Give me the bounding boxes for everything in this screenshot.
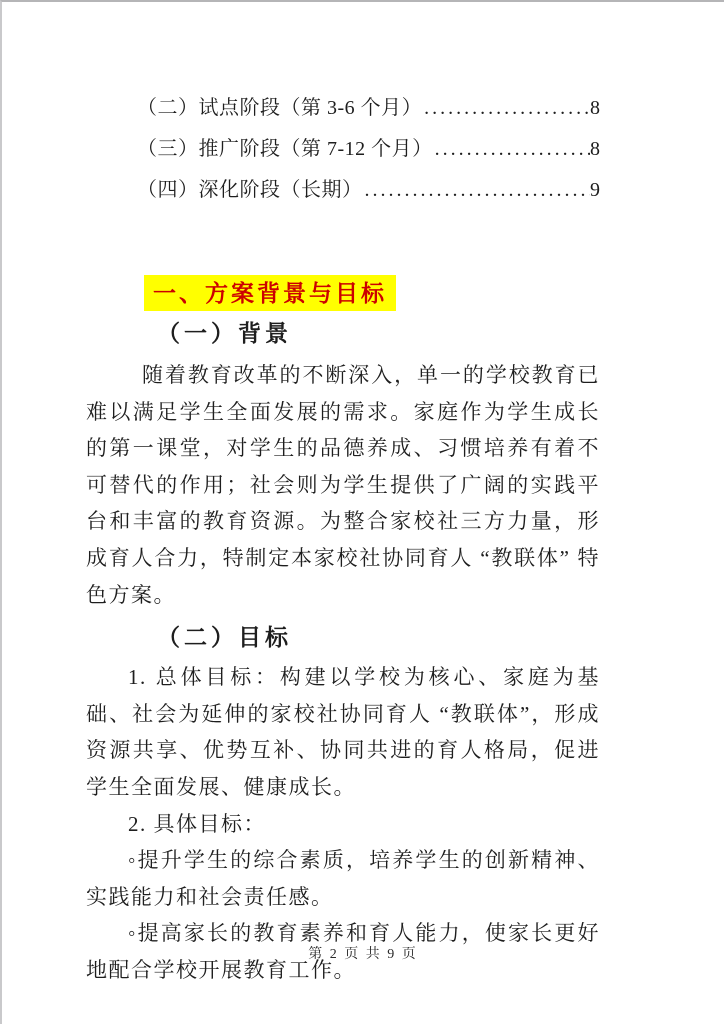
toc-page-number: 8 <box>590 88 600 129</box>
toc-entry-label: （二）试点阶段（第 3-6 个月） <box>137 88 422 129</box>
section-1-heading-row: 一、方案背景与目标 <box>144 275 600 311</box>
toc-page-number: 9 <box>590 170 600 211</box>
subsection-goals-heading: （二）目标 <box>157 623 600 653</box>
table-of-contents: （二）试点阶段（第 3-6 个月） ......................… <box>137 88 600 211</box>
document-content: （二）试点阶段（第 3-6 个月） ......................… <box>86 2 600 989</box>
toc-dot-leader: ........................................… <box>433 129 590 170</box>
toc-dot-leader: ........................................… <box>363 170 591 211</box>
specific-goal-label: 2. 具体目标： <box>86 806 600 843</box>
toc-entry[interactable]: （四）深化阶段（长期） ............................… <box>137 170 600 211</box>
toc-entry[interactable]: （二）试点阶段（第 3-6 个月） ......................… <box>137 88 600 129</box>
toc-entry-label: （三）推广阶段（第 7-12 个月） <box>137 129 433 170</box>
subsection-background-heading: （一）背景 <box>157 319 600 349</box>
toc-page-number: 8 <box>590 129 600 170</box>
document-page: （二）试点阶段（第 3-6 个月） ......................… <box>0 0 724 1024</box>
section-1-heading-highlighted: 一、方案背景与目标 <box>144 275 396 311</box>
page-footer: 第 2 页 共 9 页 <box>2 943 724 963</box>
toc-dot-leader: ........................................… <box>422 88 590 129</box>
overall-goal-paragraph: 1. 总体目标：构建以学校为核心、家庭为基础、社会为延伸的家校社协同育人 “教联… <box>86 659 600 805</box>
toc-entry-label: （四）深化阶段（长期） <box>137 170 363 211</box>
page-number-text: 第 2 页 共 9 页 <box>308 947 418 962</box>
background-paragraph: 随着教育改革的不断深入，单一的学校教育已难以满足学生全面发展的需求。家庭作为学生… <box>86 357 600 613</box>
goal-bullet-1: ◦提升学生的综合素质，培养学生的创新精神、实践能力和社会责任感。 <box>86 842 600 915</box>
toc-entry[interactable]: （三）推广阶段（第 7-12 个月） .....................… <box>137 129 600 170</box>
